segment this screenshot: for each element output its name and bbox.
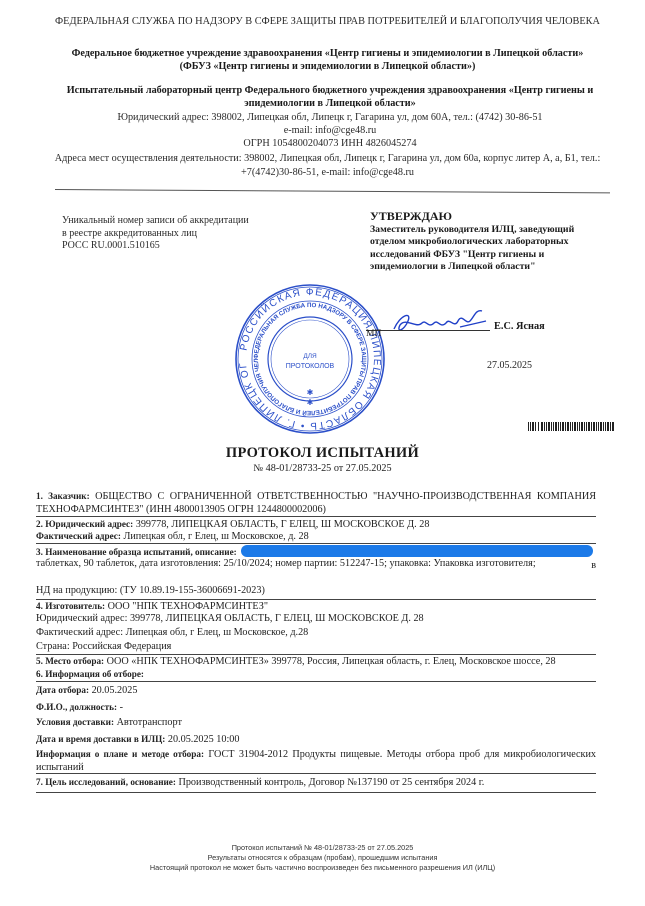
sampling-method-label: Информация о плане и методе отбора: — [36, 749, 204, 759]
section-purpose: 7. Цель исследований, основание: Произво… — [36, 776, 596, 790]
sampling-date: Дата отбора: 20.05.2025 — [36, 684, 596, 698]
legal-address-label: 2. Юридический адрес: — [36, 519, 133, 529]
sampling-date-label: Дата отбора: — [36, 685, 89, 695]
stamp-place-label: МП — [366, 329, 381, 339]
section-customer: 1. Заказчик: ОБЩЕСТВО С ОГРАНИЧЕННОЙ ОТВ… — [36, 490, 596, 517]
legal-address: Юридический адрес: 398002, Липецкая обл,… — [40, 111, 620, 124]
legal-address-value: 399778, ЛИПЕЦКАЯ ОБЛАСТЬ, Г ЕЛЕЦ, Ш МОСК… — [136, 519, 430, 530]
official-stamp: РОССИЙСКАЯ ФЕДЕРАЦИЯ ЛИПЕЦКАЯ ОБЛАСТЬ • … — [234, 283, 386, 435]
delivery-conditions-label: Условия доставки: — [36, 717, 114, 727]
agency-name: ФЕДЕРАЛЬНАЯ СЛУЖБА ПО НАДЗОРУ В СФЕРЕ ЗА… — [40, 15, 615, 28]
customer-label: 1. Заказчик: — [36, 491, 90, 501]
signature — [390, 307, 490, 337]
institution-line-1: Федеральное бюджетное учреждение здравоо… — [20, 47, 635, 60]
footer-protocol-ref: Протокол испытаний № 48-01/28733-25 от 2… — [0, 843, 645, 853]
institution-name: Федеральное бюджетное учреждение здравоо… — [20, 47, 635, 73]
actual-address-label: Фактический адрес: — [36, 531, 121, 541]
delivery-conditions-value: Автотранспорт — [117, 717, 182, 728]
document-number: № 48-01/28733-25 от 27.05.2025 — [0, 463, 645, 474]
delivery-datetime-label: Дата и время доставки в ИЛЦ: — [36, 734, 165, 744]
divider — [36, 543, 596, 544]
activity-address: Адреса мест осуществления деятельности: … — [30, 152, 625, 180]
section-actual-address: Фактический адрес: Липецкая обл, г Елец,… — [36, 530, 596, 544]
sample-description: таблетках, 90 таблеток, дата изготовлени… — [36, 558, 596, 571]
stamp-label-1: ДЛЯ — [303, 353, 317, 360]
purpose-value: Производственный контроль, Договор №1371… — [178, 777, 484, 788]
manufacturer-label: 4. Изготовитель: — [36, 601, 105, 611]
manufacturer-value: ООО "НПК ТЕХНОФАРМСИНТЕЗ" — [108, 601, 268, 612]
redacted-sample-name — [241, 545, 593, 557]
sampler-person-label: Ф.И.О., должность: — [36, 702, 117, 712]
sample-name-label: 3. Наименование образца испытаний, описа… — [36, 547, 237, 557]
accreditation-line-2: в реестре аккредитованных лиц — [62, 228, 302, 241]
divider — [36, 516, 596, 517]
divider — [36, 773, 596, 774]
footer: Протокол испытаний № 48-01/28733-25 от 2… — [0, 843, 645, 873]
manufacturer-country: Страна: Российская Федерация — [36, 641, 596, 654]
sampling-place-label: 5. Место отбора: — [36, 656, 104, 666]
sampling-date-value: 20.05.2025 — [92, 685, 138, 696]
signer-name: Е.С. Ясная — [494, 321, 545, 332]
manufacturer-actual-address: Фактический адрес: Липецкая обл, г Елец,… — [36, 627, 596, 640]
institution-line-2: (ФБУЗ «Центр гигиены и эпидемиологии в Л… — [20, 60, 635, 73]
section-sampling-place: 5. Место отбора: ООО «НПК ТЕХНОФАРМСИНТЕ… — [36, 655, 596, 669]
header-divider — [55, 189, 610, 193]
barcode — [528, 418, 616, 427]
actual-address-value: Липецкая обл, г Елец, ш Московское, д. 2… — [123, 531, 308, 542]
customer-value: ОБЩЕСТВО С ОГРАНИЧЕННОЙ ОТВЕТСТВЕННОСТЬЮ… — [36, 491, 596, 515]
document-title: ПРОТОКОЛ ИСПЫТАНИЙ — [0, 445, 645, 462]
sample-normative-doc: НД на продукцию: (ТУ 10.89.19-155-360066… — [36, 585, 596, 598]
sampling-method: Информация о плане и методе отбора: ГОСТ… — [36, 748, 596, 775]
section-manufacturer: 4. Изготовитель: ООО "НПК ТЕХНОФАРМСИНТЕ… — [36, 600, 596, 614]
accreditation-line-1: Уникальный номер записи об аккредитации — [62, 215, 302, 228]
divider — [36, 792, 596, 793]
delivery-datetime: Дата и время доставки в ИЛЦ: 20.05.2025 … — [36, 733, 596, 747]
sampler-person: Ф.И.О., должность: - — [36, 701, 596, 715]
accreditation-number: РОСС RU.0001.510165 — [62, 240, 302, 253]
footer-copy-notice: Настоящий протокол не может быть частичн… — [0, 863, 645, 873]
approval-title: УТВЕРЖДАЮ — [370, 209, 452, 224]
lab-center-name: Испытательный лабораторный центр Федерал… — [40, 84, 620, 110]
purpose-label: 7. Цель исследований, основание: — [36, 777, 176, 787]
approval-date: 27.05.2025 — [487, 360, 532, 371]
svg-text:✱: ✱ — [307, 398, 314, 407]
accreditation-block: Уникальный номер записи об аккредитации … — [62, 215, 302, 253]
delivery-datetime-value: 20.05.2025 10:00 — [168, 734, 240, 745]
section-sampling-info: 6. Информация об отборе: — [36, 668, 596, 682]
lab-contacts: Юридический адрес: 398002, Липецкая обл,… — [40, 111, 620, 150]
signature-line — [366, 330, 490, 331]
lab-email: e-mail: info@cge48.ru — [40, 124, 620, 137]
sampling-place-value: ООО «НПК ТЕХНОФАРМСИНТЕЗ» 399778, Россия… — [107, 656, 556, 667]
svg-text:✱: ✱ — [307, 388, 314, 397]
footer-results-note: Результаты относятся к образцам (пробам)… — [0, 853, 645, 863]
manufacturer-legal-address: Юридический адрес: 399778, ЛИПЕЦКАЯ ОБЛА… — [36, 613, 596, 626]
delivery-conditions: Условия доставки: Автотранспорт — [36, 716, 596, 730]
sampler-person-value: - — [120, 702, 123, 713]
ogrn-inn: ОГРН 1054800204073 ИНН 4826045274 — [40, 137, 620, 150]
approval-position: Заместитель руководителя ИЛЦ, заведующий… — [370, 224, 600, 273]
stamp-label-2: ПРОТОКОЛОВ — [286, 363, 335, 370]
sampling-info-label: 6. Информация об отборе: — [36, 669, 144, 679]
